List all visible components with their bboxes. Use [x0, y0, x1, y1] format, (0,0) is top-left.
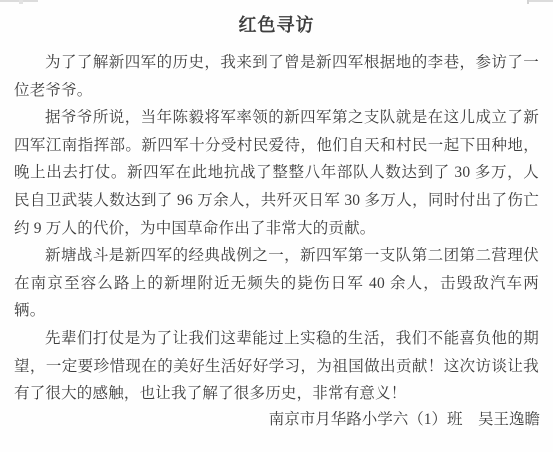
signature: 南京市月华路小学六（1）班吴王逸瞻	[269, 407, 540, 429]
document-body: 为了了解新四军的历史，我来到了曾是新四军根据地的李巷，参访了一位老爷爷。 据爷爷…	[0, 37, 553, 408]
document-page: 红色寻访 为了了解新四军的历史，我来到了曾是新四军根据地的李巷，参访了一位老爷爷…	[0, 0, 553, 452]
top-right-tick-artifact	[527, 0, 529, 4]
paragraph: 新塘战斗是新四军的经典战例之一，新四军第一支队第二团第二营理伏在南京至容么路上的…	[14, 242, 539, 325]
paragraph: 先辈们打仗是为了让我们这辈能过上实稳的生活，我们不能喜负他的期望，一定要珍惜现在…	[14, 325, 539, 408]
paragraph: 据爷爷所说，当年陈毅将军率领的新四军第之支队就是在这儿成立了新四军江南指挥部。新…	[14, 104, 539, 242]
document-title: 红色寻访	[0, 0, 553, 37]
paragraph: 为了了解新四军的历史，我来到了曾是新四军根据地的李巷，参访了一位老爷爷。	[14, 49, 539, 104]
top-right-edge-artifact	[527, 0, 553, 2]
top-left-tick-artifact	[19, 0, 23, 4]
signature-author-name: 吴王逸瞻	[478, 411, 540, 428]
signature-school-class: 南京市月华路小学六（1）班	[269, 411, 463, 428]
